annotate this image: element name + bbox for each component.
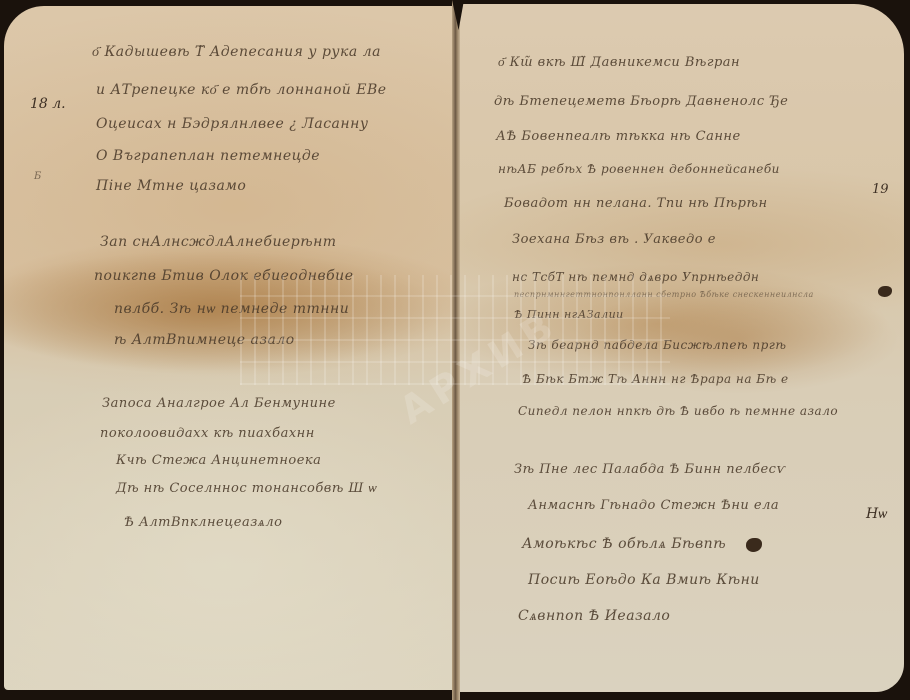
text-line: О Въграпеплан петемнецде (96, 148, 320, 164)
text-line: Амоѣкѣс Ѣ обѣлѧ Бѣвпѣ (522, 536, 726, 553)
text-line: Зѣ Пне лес Палабда Ѣ Бинн пелбесѵ (514, 462, 786, 477)
text-line: ѣ АлтВпимнеце азало (114, 332, 295, 348)
text-line: Зап снАлнсждлАлнебиерѣнт (100, 234, 337, 250)
margin-mark: Б (34, 171, 41, 182)
text-line: поколоовидахх кѣ пиахбахнн (100, 426, 315, 441)
text-line: о҃ Кадышевѣ Т̃ Адепесания у рука ла (92, 44, 381, 61)
text-line: Кчѣ Стежа Анцинетноека (116, 453, 321, 468)
manuscript-spread: 18 л. Б о҃ Кадышевѣ Т̃ Адепесания у рука… (0, 0, 910, 700)
text-line: и АТрепецке ко҃ е тбѣ лоннаной ЕВе (96, 82, 387, 99)
text-line: Анмаснѣ Гѣнадо Стежн Ѣни ела (528, 498, 779, 513)
text-line: Оцеисах н Бэдрялнлвее ¿ Ласанну (96, 116, 368, 132)
text-line: Піне Мтне цазамо (96, 178, 246, 194)
text-line: нѣАБ ребѣх Ѣ ровеннен дебоннейсанеби (498, 162, 780, 176)
text-line: Зоехана Бѣз вѣ . Уакведо е (512, 232, 716, 247)
text-line: пвлбб. Зѣ нѡ пемнеде ттнни (114, 301, 349, 318)
ink-blot (746, 538, 762, 552)
text-line: АѢ Бовенпеалѣ тѣкка нѣ Санне (496, 129, 741, 144)
folio-number: 18 л. (30, 96, 66, 112)
folio-number: 19 (872, 182, 889, 197)
text-line: Сипедл пелон нпкѣ дѣ Ѣ ивбо ѣ пемнне аза… (518, 404, 838, 418)
text-line: Запоса Аналгрое Ал Бенмунине (102, 396, 336, 411)
book-gutter (452, 0, 460, 700)
text-line: о҃ Кш̃ вкѣ Ш̃ Давникемси Вѣгран (498, 54, 740, 70)
text-line: Ѣ Бѣк Бтж Тѣ Аннн нг Ѣрара на Бѣ е (522, 372, 789, 386)
text-line: песпрнмннгеттнонпонлланн сбетрно Ѣбѣке с… (514, 290, 814, 299)
text-line: Посиѣ Еоѣдо Ка Вмиѣ Кѣни (528, 572, 760, 588)
right-page: 19 Нѡ о҃ Кш̃ вкѣ Ш̃ Давникемси Вѣгран дѣ… (458, 4, 904, 692)
text-line: дѣ Бтепецеметв Бѣорѣ Давненолс Ђе (494, 94, 788, 109)
left-page: 18 л. Б о҃ Кадышевѣ Т̃ Адепесания у рука… (4, 6, 456, 690)
text-line: Ѣ Пинн нгАЗалии (514, 308, 624, 321)
text-line: Дѣ нѣ Соселннос тонансобвѣ Ш ѡ (116, 480, 377, 496)
text-line: Бовадот нн пелана. Тпи нѣ Пѣрѣн (504, 196, 768, 211)
margin-mark: Нѡ (866, 506, 887, 523)
text-line: поикгпв Бтив Олок ебиеоднвбие (94, 268, 353, 284)
text-line: Сѧвнпоп Ѣ Иеазало (518, 608, 670, 625)
text-line: Ѣ АлтВпклнецеазѧло (124, 514, 282, 530)
text-line: нс ТсбТ нѣ пемнд дѧвро Упрнѣеддн (512, 270, 759, 285)
text-line: Зѣ беарнд пабдела Бисжѣлпеѣ пргѣ (528, 338, 786, 352)
